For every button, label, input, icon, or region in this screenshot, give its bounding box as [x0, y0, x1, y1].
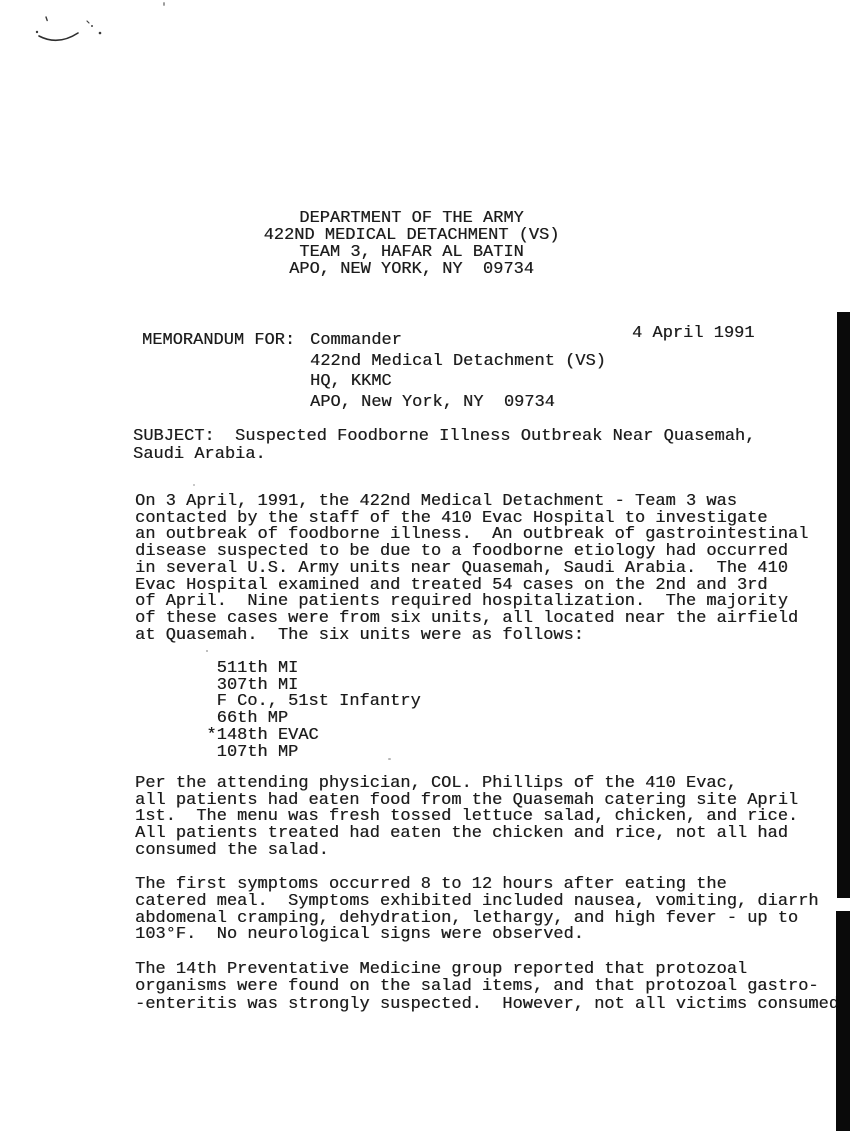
- pen-scribble-mark: [25, 10, 115, 50]
- scan-speck: [193, 484, 195, 486]
- scan-speck: [206, 650, 208, 652]
- memo-recipient-address: Commander 422nd Medical Detachment (VS) …: [310, 331, 606, 414]
- subject-line: SUBJECT: Suspected Foodborne Illness Out…: [133, 428, 755, 465]
- body-paragraph-2: Per the attending physician, COL. Philli…: [135, 776, 798, 860]
- body-paragraph-3: The first symptoms occurred 8 to 12 hour…: [135, 877, 819, 944]
- memo-date: 4 April 1991: [632, 324, 754, 343]
- unit-list: 511th MI 307th MI F Co., 51st Infantry 6…: [135, 661, 421, 761]
- body-paragraph-4: The 14th Preventative Medicine group rep…: [135, 961, 839, 1013]
- scan-artifact-bar-lower: [836, 911, 850, 1131]
- document-page: DEPARTMENT OF THE ARMY 422ND MEDICAL DET…: [0, 0, 850, 1131]
- scan-speck: [163, 2, 165, 6]
- memorandum-for-label: MEMORANDUM FOR:: [142, 331, 295, 350]
- scan-artifact-bar-upper: [837, 312, 850, 898]
- body-paragraph-1: On 3 April, 1991, the 422nd Medical Deta…: [135, 494, 808, 644]
- letterhead: DEPARTMENT OF THE ARMY 422ND MEDICAL DET…: [133, 210, 690, 278]
